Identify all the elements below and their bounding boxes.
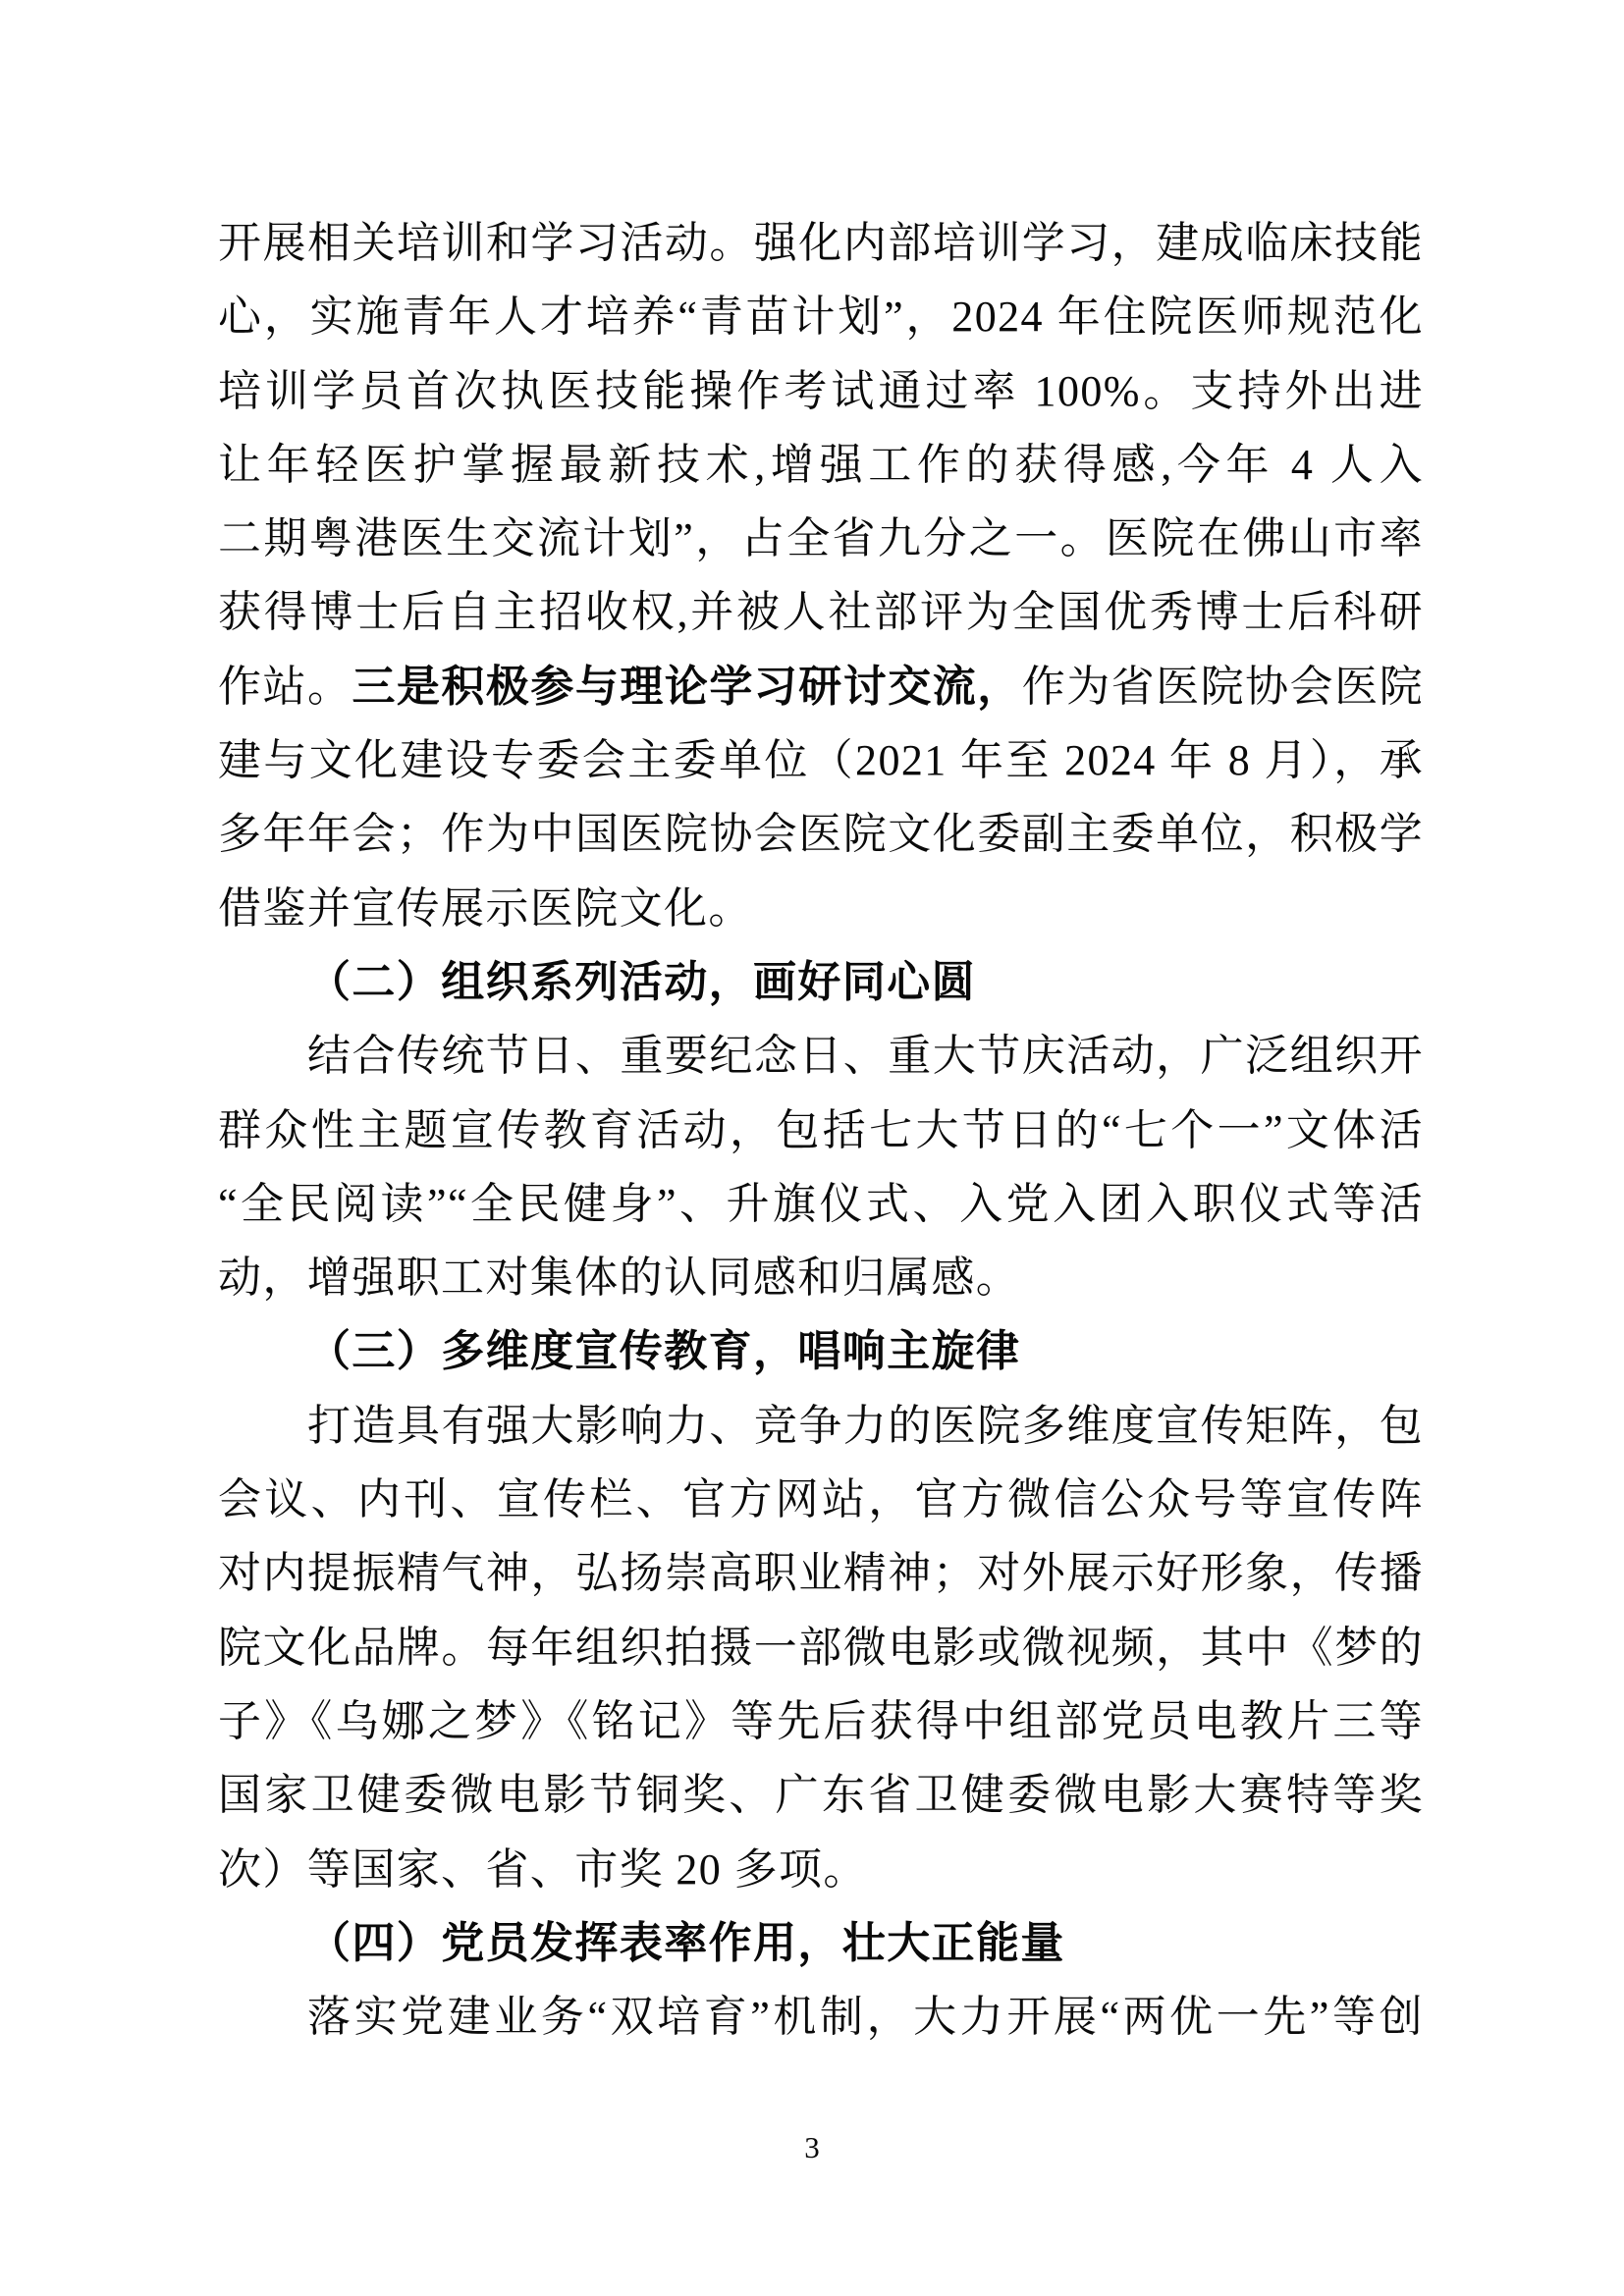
- body-line: 培训学员首次执医技能操作考试通过率 100%。支持外出进修，: [218, 354, 1424, 428]
- body-line: 群众性主题宣传教育活动，包括七大节日的“七个一”文体活动，: [218, 1094, 1424, 1167]
- body-line: 作站。三是积极参与理论学习研讨交流，作为省医院协会医院党: [218, 650, 1424, 723]
- body-line: 打造具有强大影响力、竞争力的医院多维度宣传矩阵，包括: [218, 1389, 1424, 1463]
- section-heading: （三）多维度宣传教育，唱响主旋律: [218, 1314, 1424, 1388]
- body-text-segment: 作站。: [218, 663, 352, 711]
- body-line: 让年轻医护掌握最新技术,增强工作的获得感,今年 4 人入选“第: [218, 428, 1424, 502]
- body-line: 会议、内刊、宣传栏、官方网站，官方微信公众号等宣传阵地。: [218, 1463, 1424, 1536]
- section-heading: （二）组织系列活动，画好同心圆: [218, 945, 1424, 1019]
- body-line: 二期粤港医生交流计划”，占全省九分之一。医院在佛山市率先: [218, 502, 1424, 575]
- emphasis-text: 三是积极参与理论学习研讨交流，: [352, 663, 1021, 711]
- body-line: 借鉴并宣传展示医院文化。: [218, 872, 1424, 945]
- body-line: 次）等国家、省、市奖 20 多项。: [218, 1833, 1424, 1906]
- document-body: 开展相关培训和学习活动。强化内部培训学习，建成临床技能中 心，实施青年人才培养“…: [218, 206, 1424, 2054]
- body-line: 院文化品牌。每年组织拍摄一部微电影或微视频，其中《梦的种: [218, 1611, 1424, 1684]
- body-line: 国家卫健委微电影节铜奖、广东省卫健委微电影大赛特等奖（2: [218, 1758, 1424, 1832]
- body-line: 落实党建业务“双培育”机制，大力开展“两优一先”等创: [218, 1980, 1424, 2054]
- body-line: “全民阅读”“全民健身”、升旗仪式、入党入团入职仪式等活: [218, 1167, 1424, 1241]
- page-number: 3: [0, 2128, 1624, 2167]
- section-heading: （四）党员发挥表率作用，壮大正能量: [218, 1906, 1424, 1980]
- body-line: 动，增强职工对集体的认同感和归属感。: [218, 1241, 1424, 1314]
- body-line: 多年年会；作为中国医院协会医院文化委副主委单位，积极学习: [218, 797, 1424, 871]
- body-line: 子》《乌娜之梦》《铭记》等先后获得中组部党员电教片三等奖、: [218, 1684, 1424, 1758]
- body-line: 开展相关培训和学习活动。强化内部培训学习，建成临床技能中: [218, 206, 1424, 280]
- body-line: 建与文化建设专委会主委单位（2021 年至 2024 年 8 月），承办: [218, 723, 1424, 797]
- body-line: 获得博士后自主招收权,并被人社部评为全国优秀博士后科研工: [218, 575, 1424, 649]
- document-page: 开展相关培训和学习活动。强化内部培训学习，建成临床技能中 心，实施青年人才培养“…: [0, 0, 1624, 2296]
- body-line: 对内提振精气神，弘扬崇高职业精神；对外展示好形象，传播医: [218, 1536, 1424, 1610]
- body-line: 心，实施青年人才培养“青苗计划”，2024 年住院医师规范化: [218, 280, 1424, 353]
- body-line: 结合传统节日、重要纪念日、重大节庆活动，广泛组织开展: [218, 1019, 1424, 1093]
